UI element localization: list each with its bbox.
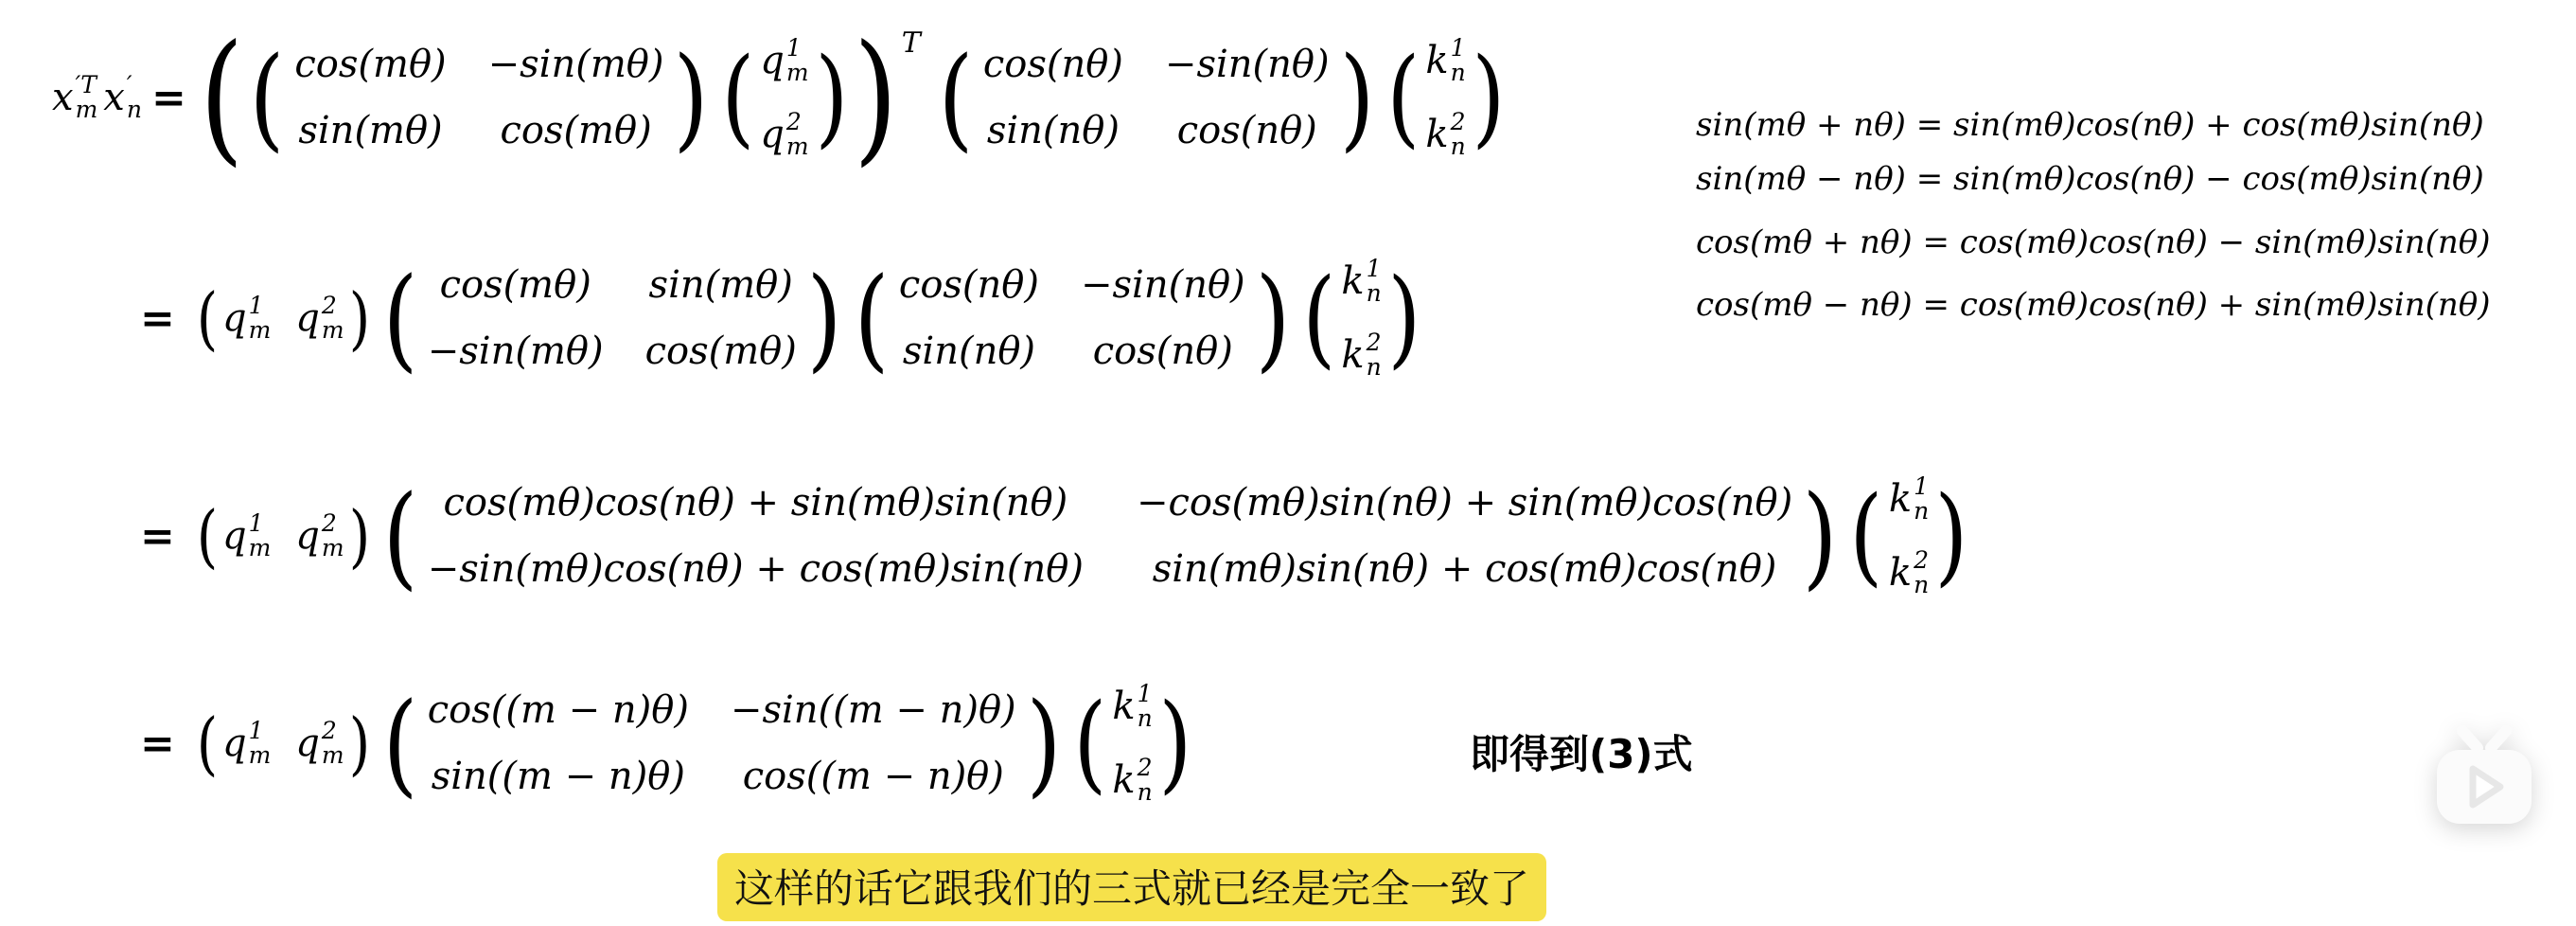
k-symbol: k bbox=[1112, 685, 1135, 728]
x-n-prime: x ′ n bbox=[103, 73, 142, 123]
q-symbol: q bbox=[295, 514, 320, 558]
k-symbol: k bbox=[1341, 259, 1364, 303]
right-paren: ) bbox=[674, 42, 709, 153]
equation-line-1: x ′T m x ′ n = ( ( cos(mθ) −sin(mθ) sin(… bbox=[52, 13, 1510, 182]
subscript: m bbox=[786, 134, 809, 159]
q-row-vector: ( q 1m q 2m ) bbox=[196, 502, 371, 570]
subscript: m bbox=[249, 318, 272, 343]
equation-line-2: = ( q 1m q 2m ) ( cos(mθ) sin(mθ) −sin(m… bbox=[140, 244, 1426, 392]
k-element-1: k 1n bbox=[1425, 36, 1465, 86]
right-paren: ) bbox=[1472, 45, 1505, 151]
transposed-product-group: ( ( cos(mθ) −sin(mθ) sin(mθ) cos(mθ) ) (… bbox=[200, 27, 928, 169]
matrix-cell-r2c1: −sin(mθ)cos(nθ) + cos(mθ)sin(nθ) bbox=[428, 547, 1084, 591]
q-element-1: q 1m bbox=[222, 294, 271, 344]
k-symbol: k bbox=[1889, 477, 1912, 521]
matrix-cell-r2c1: sin(mθ) bbox=[298, 109, 442, 152]
subscript: m bbox=[322, 318, 344, 343]
rotation-matrix-n: ( cos(nθ) −sin(nθ) sin(nθ) cos(nθ) ) bbox=[854, 262, 1291, 374]
matrix-cell-r1c2: −sin(mθ) bbox=[488, 43, 664, 86]
k-element-1: k 1n bbox=[1112, 682, 1152, 732]
matrix-cell-r1c2: sin(mθ) bbox=[649, 263, 793, 307]
left-paren: ( bbox=[250, 42, 285, 153]
matrix-cells: cos(mθ) −sin(mθ) sin(mθ) cos(mθ) bbox=[285, 43, 673, 152]
matrix-cell-r1c1: cos((m − n)θ) bbox=[428, 688, 689, 732]
superscript: 2 bbox=[786, 110, 809, 134]
superscript: 2 bbox=[1914, 548, 1929, 573]
matrix-cell-r2c2: cos(nθ) bbox=[1093, 329, 1233, 373]
bilibili-tv-icon bbox=[2413, 716, 2555, 848]
video-frame: x ′T m x ′ n = ( ( cos(mθ) −sin(mθ) sin(… bbox=[0, 0, 2576, 926]
equals-sign: = bbox=[140, 720, 175, 768]
matrix-cell-r2c2: cos((m − n)θ) bbox=[743, 755, 1004, 798]
supsub-stack: ′T m bbox=[76, 73, 98, 123]
right-paren: ) bbox=[1387, 265, 1420, 371]
identity-sin-diff: sin(mθ − nθ) = sin(mθ)cos(nθ) − cos(mθ)s… bbox=[1696, 160, 2491, 199]
right-paren: ) bbox=[1339, 42, 1374, 153]
x-m-prime-transpose: x ′T m bbox=[52, 73, 97, 123]
right-paren: ) bbox=[806, 262, 841, 374]
matrix-cell-r1c1: cos(mθ) bbox=[440, 263, 591, 307]
k-element-2: k 2n bbox=[1112, 756, 1152, 806]
equals-sign: = bbox=[140, 512, 175, 561]
left-paren: ( bbox=[382, 262, 417, 374]
q-symbol: q bbox=[222, 721, 247, 765]
left-paren: ( bbox=[1302, 265, 1335, 371]
superscript: 2 bbox=[1367, 330, 1382, 355]
vector-cells: k 1n k 2n bbox=[1335, 257, 1386, 381]
matrix-cells: cos((m − n)θ) −sin((m − n)θ) sin((m − n)… bbox=[418, 688, 1026, 798]
vector-cells: k 1n k 2n bbox=[1106, 682, 1157, 806]
superscript: 1 bbox=[1138, 682, 1153, 706]
matrix-cell-r1c2: −cos(mθ)sin(nθ) + sin(mθ)cos(nθ) bbox=[1137, 481, 1792, 525]
matrix-cell-r2c2: sin(mθ)sin(nθ) + cos(mθ)cos(nθ) bbox=[1153, 547, 1777, 591]
subscript: m bbox=[249, 743, 272, 768]
vector-cells: q 1m q 2m bbox=[754, 36, 814, 160]
rotation-matrix-m-transposed: ( cos(mθ) sin(mθ) −sin(mθ) cos(mθ) ) bbox=[382, 262, 842, 374]
q-row-vector: ( q 1m q 2m ) bbox=[196, 709, 371, 777]
vector-cells: q 1m q 2m bbox=[219, 294, 348, 344]
x-symbol: x bbox=[52, 76, 74, 119]
q-symbol: q bbox=[222, 514, 247, 558]
identity-cos-diff: cos(mθ − nθ) = cos(mθ)cos(nθ) + sin(mθ)s… bbox=[1696, 286, 2491, 325]
superscript: 1 bbox=[249, 719, 272, 743]
subscript: n bbox=[1138, 706, 1153, 731]
q-element-2: q 2m bbox=[295, 294, 344, 344]
right-paren: ) bbox=[348, 284, 369, 352]
right-paren: ) bbox=[1158, 690, 1191, 796]
k-column-vector: ( k 1n k 2n ) bbox=[1302, 257, 1421, 381]
superscript: ′ bbox=[127, 73, 142, 98]
matrix-cell-r1c1: cos(nθ) bbox=[983, 43, 1123, 86]
q-element-2: q 2m bbox=[295, 511, 344, 561]
k-element-1: k 1n bbox=[1341, 257, 1381, 307]
matrix-cells: cos(mθ)cos(nθ) + sin(mθ)sin(nθ) −cos(mθ)… bbox=[418, 481, 1802, 591]
subscript: m bbox=[322, 743, 344, 768]
right-paren: ) bbox=[348, 709, 369, 777]
matrix-cell-r2c1: sin((m − n)θ) bbox=[432, 755, 685, 798]
matrix-cell-r2c2: cos(nθ) bbox=[1177, 109, 1317, 152]
supsub-stack: ′ n bbox=[127, 73, 142, 123]
left-paren: ( bbox=[382, 480, 417, 592]
k-symbol: k bbox=[1425, 39, 1448, 82]
matrix-cell-r2c1: sin(nθ) bbox=[987, 109, 1120, 152]
left-paren: ( bbox=[197, 709, 218, 777]
subscript: m bbox=[249, 536, 272, 561]
q-symbol: q bbox=[295, 721, 320, 765]
subscript: n bbox=[1367, 281, 1382, 306]
superscript: 1 bbox=[1367, 257, 1382, 281]
k-element-1: k 1n bbox=[1889, 474, 1929, 525]
left-paren: ( bbox=[382, 687, 417, 799]
trig-identities-block: sin(mθ + nθ) = sin(mθ)cos(nθ) + cos(mθ)s… bbox=[1696, 106, 2491, 340]
right-paren: ) bbox=[348, 502, 369, 570]
q-element-2: q 2m bbox=[760, 110, 808, 160]
matrix-cell-r1c1: cos(mθ)cos(nθ) + sin(mθ)sin(nθ) bbox=[444, 481, 1068, 525]
subscript: n bbox=[1914, 573, 1929, 597]
superscript: 2 bbox=[1451, 110, 1466, 134]
left-paren: ( bbox=[1073, 690, 1106, 796]
rotation-matrix-m: ( cos(mθ) −sin(mθ) sin(mθ) cos(mθ) ) bbox=[249, 42, 709, 153]
transpose-superscript: T bbox=[902, 27, 921, 60]
q-symbol: q bbox=[222, 296, 247, 340]
equation-line-3: = ( q 1m q 2m ) ( cos(mθ)cos(nθ) + sin(m… bbox=[140, 454, 1974, 617]
k-element-2: k 2n bbox=[1425, 110, 1465, 160]
superscript: 1 bbox=[249, 294, 272, 318]
subscript: m bbox=[786, 61, 809, 85]
superscript: 2 bbox=[322, 294, 344, 318]
matrix-cell-r1c2: −sin(nθ) bbox=[1165, 43, 1330, 86]
rotation-matrix-m-minus-n: ( cos((m − n)θ) −sin((m − n)θ) sin((m − … bbox=[382, 687, 1062, 799]
expanded-product-matrix: ( cos(mθ)cos(nθ) + sin(mθ)sin(nθ) −cos(m… bbox=[382, 480, 1839, 592]
equals-sign: = bbox=[151, 74, 186, 122]
right-paren: ) bbox=[815, 45, 848, 151]
superscript: 2 bbox=[322, 719, 344, 743]
q-column-vector: ( q 1m q 2m ) bbox=[721, 36, 849, 160]
k-column-vector: ( k 1n k 2n ) bbox=[1849, 474, 1968, 598]
identity-sin-sum: sin(mθ + nθ) = sin(mθ)cos(nθ) + cos(mθ)s… bbox=[1696, 106, 2491, 145]
k-element-2: k 2n bbox=[1889, 548, 1929, 598]
superscript: 1 bbox=[249, 511, 272, 536]
left-paren: ( bbox=[197, 502, 218, 570]
matrix-cell-r1c1: cos(mθ) bbox=[294, 43, 446, 86]
q-element-1: q 1m bbox=[222, 719, 271, 769]
q-element-1: q 1m bbox=[222, 511, 271, 561]
subscript: n bbox=[1138, 780, 1153, 805]
q-row-vector: ( q 1m q 2m ) bbox=[196, 284, 371, 352]
right-paren: ) bbox=[1935, 483, 1968, 589]
k-symbol: k bbox=[1341, 333, 1364, 377]
subscript: n bbox=[127, 98, 142, 122]
matrix-cell-r2c1: −sin(mθ) bbox=[428, 329, 604, 373]
superscript: 2 bbox=[322, 511, 344, 536]
k-column-vector: ( k 1n k 2n ) bbox=[1386, 36, 1506, 160]
left-paren: ( bbox=[1850, 483, 1883, 589]
k-symbol: k bbox=[1112, 758, 1135, 802]
equation-line-4: = ( q 1m q 2m ) ( cos((m − n)θ) −sin((m … bbox=[140, 659, 1197, 828]
left-paren: ( bbox=[721, 45, 754, 151]
subscript: m bbox=[76, 98, 98, 122]
vector-cells: k 1n k 2n bbox=[1883, 474, 1934, 598]
superscript: 1 bbox=[1914, 474, 1929, 499]
q-symbol: q bbox=[295, 296, 320, 340]
superscript: 1 bbox=[1451, 36, 1466, 61]
subscript: n bbox=[1367, 355, 1382, 380]
superscript: ′T bbox=[76, 73, 98, 98]
right-paren: ) bbox=[1026, 687, 1061, 799]
superscript: 2 bbox=[1138, 756, 1153, 780]
matrix-cell-r1c2: −sin(nθ) bbox=[1081, 263, 1245, 307]
right-paren: ) bbox=[1803, 480, 1838, 592]
left-paren: ( bbox=[200, 27, 244, 169]
matrix-cell-r2c2: cos(mθ) bbox=[500, 109, 651, 152]
q-symbol: q bbox=[760, 39, 785, 82]
subscript: m bbox=[322, 536, 344, 561]
vector-cells: q 1m q 2m bbox=[219, 511, 348, 561]
subscript: n bbox=[1914, 499, 1929, 524]
annotation-text: 即得到(3)式 bbox=[1470, 723, 1693, 780]
subscript: n bbox=[1451, 134, 1466, 159]
k-symbol: k bbox=[1889, 551, 1912, 595]
matrix-cells: cos(mθ) sin(mθ) −sin(mθ) cos(mθ) bbox=[418, 263, 806, 373]
matrix-cells: cos(nθ) −sin(nθ) sin(nθ) cos(nθ) bbox=[974, 43, 1339, 152]
superscript: 1 bbox=[786, 36, 809, 61]
vector-cells: k 1n k 2n bbox=[1420, 36, 1471, 160]
rotation-matrix-n: ( cos(nθ) −sin(nθ) sin(nθ) cos(nθ) ) bbox=[938, 42, 1375, 153]
right-paren: ) bbox=[1255, 262, 1290, 374]
matrix-cell-r1c1: cos(nθ) bbox=[899, 263, 1039, 307]
k-element-2: k 2n bbox=[1341, 330, 1381, 381]
vector-cells: q 1m q 2m bbox=[219, 719, 348, 769]
x-symbol: x bbox=[103, 76, 125, 119]
subtitle-caption: 这样的话它跟我们的三式就已经是完全一致了 bbox=[717, 853, 1546, 921]
q-symbol: q bbox=[760, 113, 785, 156]
q-element-2: q 2m bbox=[295, 719, 344, 769]
identity-cos-sum: cos(mθ + nθ) = cos(mθ)cos(nθ) − sin(mθ)s… bbox=[1696, 223, 2491, 262]
matrix-cell-r1c2: −sin((m − n)θ) bbox=[731, 688, 1016, 732]
k-column-vector: ( k 1n k 2n ) bbox=[1073, 682, 1192, 806]
k-symbol: k bbox=[1425, 113, 1448, 156]
left-paren: ( bbox=[1386, 45, 1420, 151]
equals-sign: = bbox=[140, 294, 175, 343]
matrix-cell-r2c2: cos(mθ) bbox=[645, 329, 797, 373]
left-paren: ( bbox=[938, 42, 973, 153]
matrix-cell-r2c1: sin(nθ) bbox=[903, 329, 1035, 373]
q-element-1: q 1m bbox=[760, 36, 808, 86]
left-paren: ( bbox=[197, 284, 218, 352]
matrix-cells: cos(nθ) −sin(nθ) sin(nθ) cos(nθ) bbox=[890, 263, 1255, 373]
subscript: n bbox=[1451, 61, 1466, 85]
right-paren: ) bbox=[854, 27, 898, 169]
left-paren: ( bbox=[854, 262, 889, 374]
